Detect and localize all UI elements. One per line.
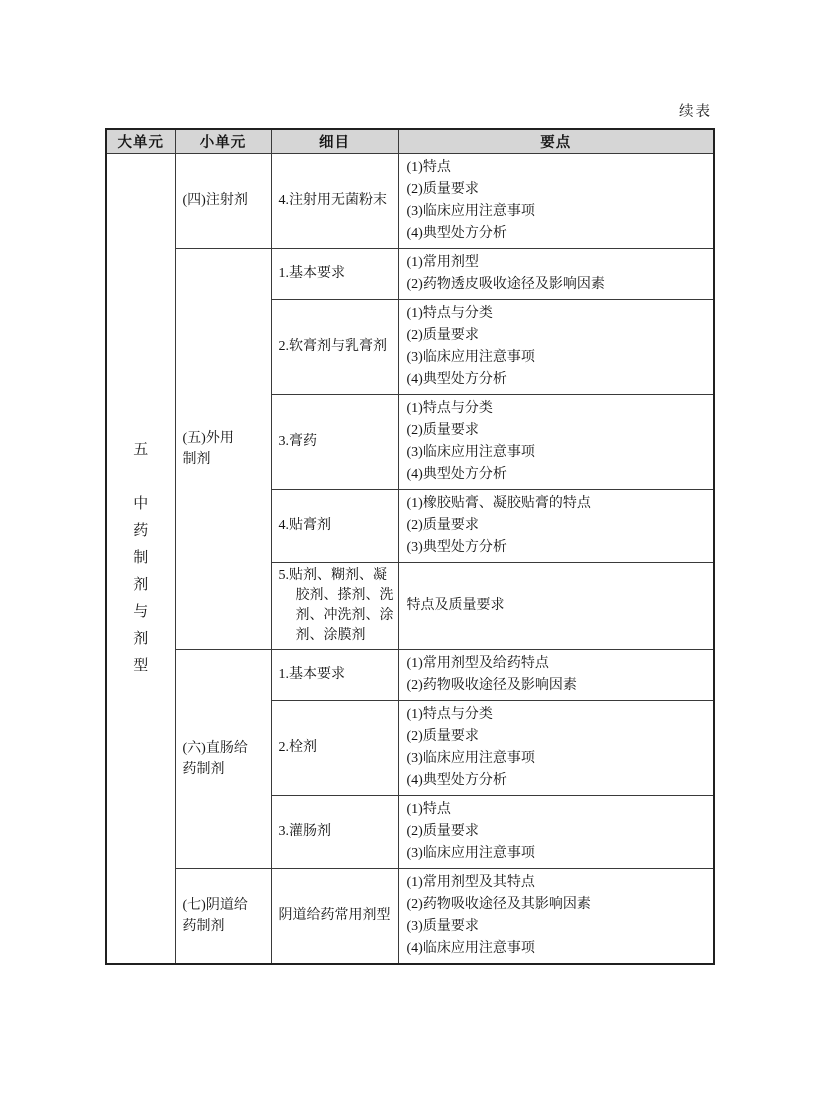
major-unit-vertical-text: 五中药制剂与剂型 xyxy=(133,437,148,680)
points-cell: (1)特点与分类(2)质量要求(3)临床应用注意事项(4)典型处方分析 xyxy=(398,700,714,795)
detail-cell: 阴道给药常用剂型 xyxy=(271,868,398,964)
unit-cell-rectal: (六)直肠给药制剂 xyxy=(175,649,271,868)
table-row: (七)阴道给药制剂 阴道给药常用剂型 (1)常用剂型及其特点(2)药物吸收途径及… xyxy=(106,868,714,964)
col-header-minor-unit: 小单元 xyxy=(175,129,271,153)
points-cell: (1)常用剂型(2)药物透皮吸收途径及影响因素 xyxy=(398,248,714,299)
points-cell: (1)特点(2)质量要求(3)临床应用注意事项 xyxy=(398,795,714,868)
points-cell: (1)特点与分类(2)质量要求(3)临床应用注意事项(4)典型处方分析 xyxy=(398,394,714,489)
detail-cell: 1.基本要求 xyxy=(271,248,398,299)
table-row: 五中药制剂与剂型 (四)注射剂 4.注射用无菌粉末 (1)特点(2)质量要求(3… xyxy=(106,153,714,248)
detail-cell: 1.基本要求 xyxy=(271,649,398,700)
col-header-detail: 细目 xyxy=(271,129,398,153)
points-cell: (1)橡胶贴膏、凝胶贴膏的特点(2)质量要求(3)典型处方分析 xyxy=(398,489,714,562)
table-row: (六)直肠给药制剂 1.基本要求 (1)常用剂型及给药特点(2)药物吸收途径及影… xyxy=(106,649,714,700)
detail-cell: 2.栓剂 xyxy=(271,700,398,795)
detail-cell: 5.贴剂、糊剂、凝胶剂、搽剂、洗剂、冲洗剂、涂剂、涂膜剂 xyxy=(271,562,398,649)
unit-cell-injection: (四)注射剂 xyxy=(175,153,271,248)
points-cell: 特点及质量要求 xyxy=(398,562,714,649)
points-cell: (1)常用剂型及其特点(2)药物吸收途径及其影响因素(3)质量要求(4)临床应用… xyxy=(398,868,714,964)
syllabus-table: 大单元 小单元 细目 要点 五中药制剂与剂型 (四)注射剂 4.注射用无菌粉末 xyxy=(105,128,715,965)
unit-cell-external: (五)外用制剂 xyxy=(175,248,271,649)
detail-cell: 4.注射用无菌粉末 xyxy=(271,153,398,248)
table-row: (五)外用制剂 1.基本要求 (1)常用剂型(2)药物透皮吸收途径及影响因素 xyxy=(106,248,714,299)
detail-cell: 3.膏药 xyxy=(271,394,398,489)
col-header-major-unit: 大单元 xyxy=(106,129,175,153)
points-cell: (1)特点(2)质量要求(3)临床应用注意事项(4)典型处方分析 xyxy=(398,153,714,248)
document-page: 续表 大单元 小单元 细目 要点 五中药制剂与剂型 xyxy=(0,0,816,1100)
points-cell: (1)常用剂型及给药特点(2)药物吸收途径及影响因素 xyxy=(398,649,714,700)
header-row: 大单元 小单元 细目 要点 xyxy=(106,129,714,153)
detail-cell: 4.贴膏剂 xyxy=(271,489,398,562)
detail-cell: 2.软膏剂与乳膏剂 xyxy=(271,299,398,394)
continuation-label: 续表 xyxy=(105,100,713,121)
unit-cell-vaginal: (七)阴道给药制剂 xyxy=(175,868,271,964)
table-block: 续表 大单元 小单元 细目 要点 五中药制剂与剂型 xyxy=(105,100,713,965)
major-unit-cell: 五中药制剂与剂型 xyxy=(106,153,175,964)
points-cell: (1)特点与分类(2)质量要求(3)临床应用注意事项(4)典型处方分析 xyxy=(398,299,714,394)
col-header-keypoints: 要点 xyxy=(398,129,714,153)
detail-cell: 3.灌肠剂 xyxy=(271,795,398,868)
